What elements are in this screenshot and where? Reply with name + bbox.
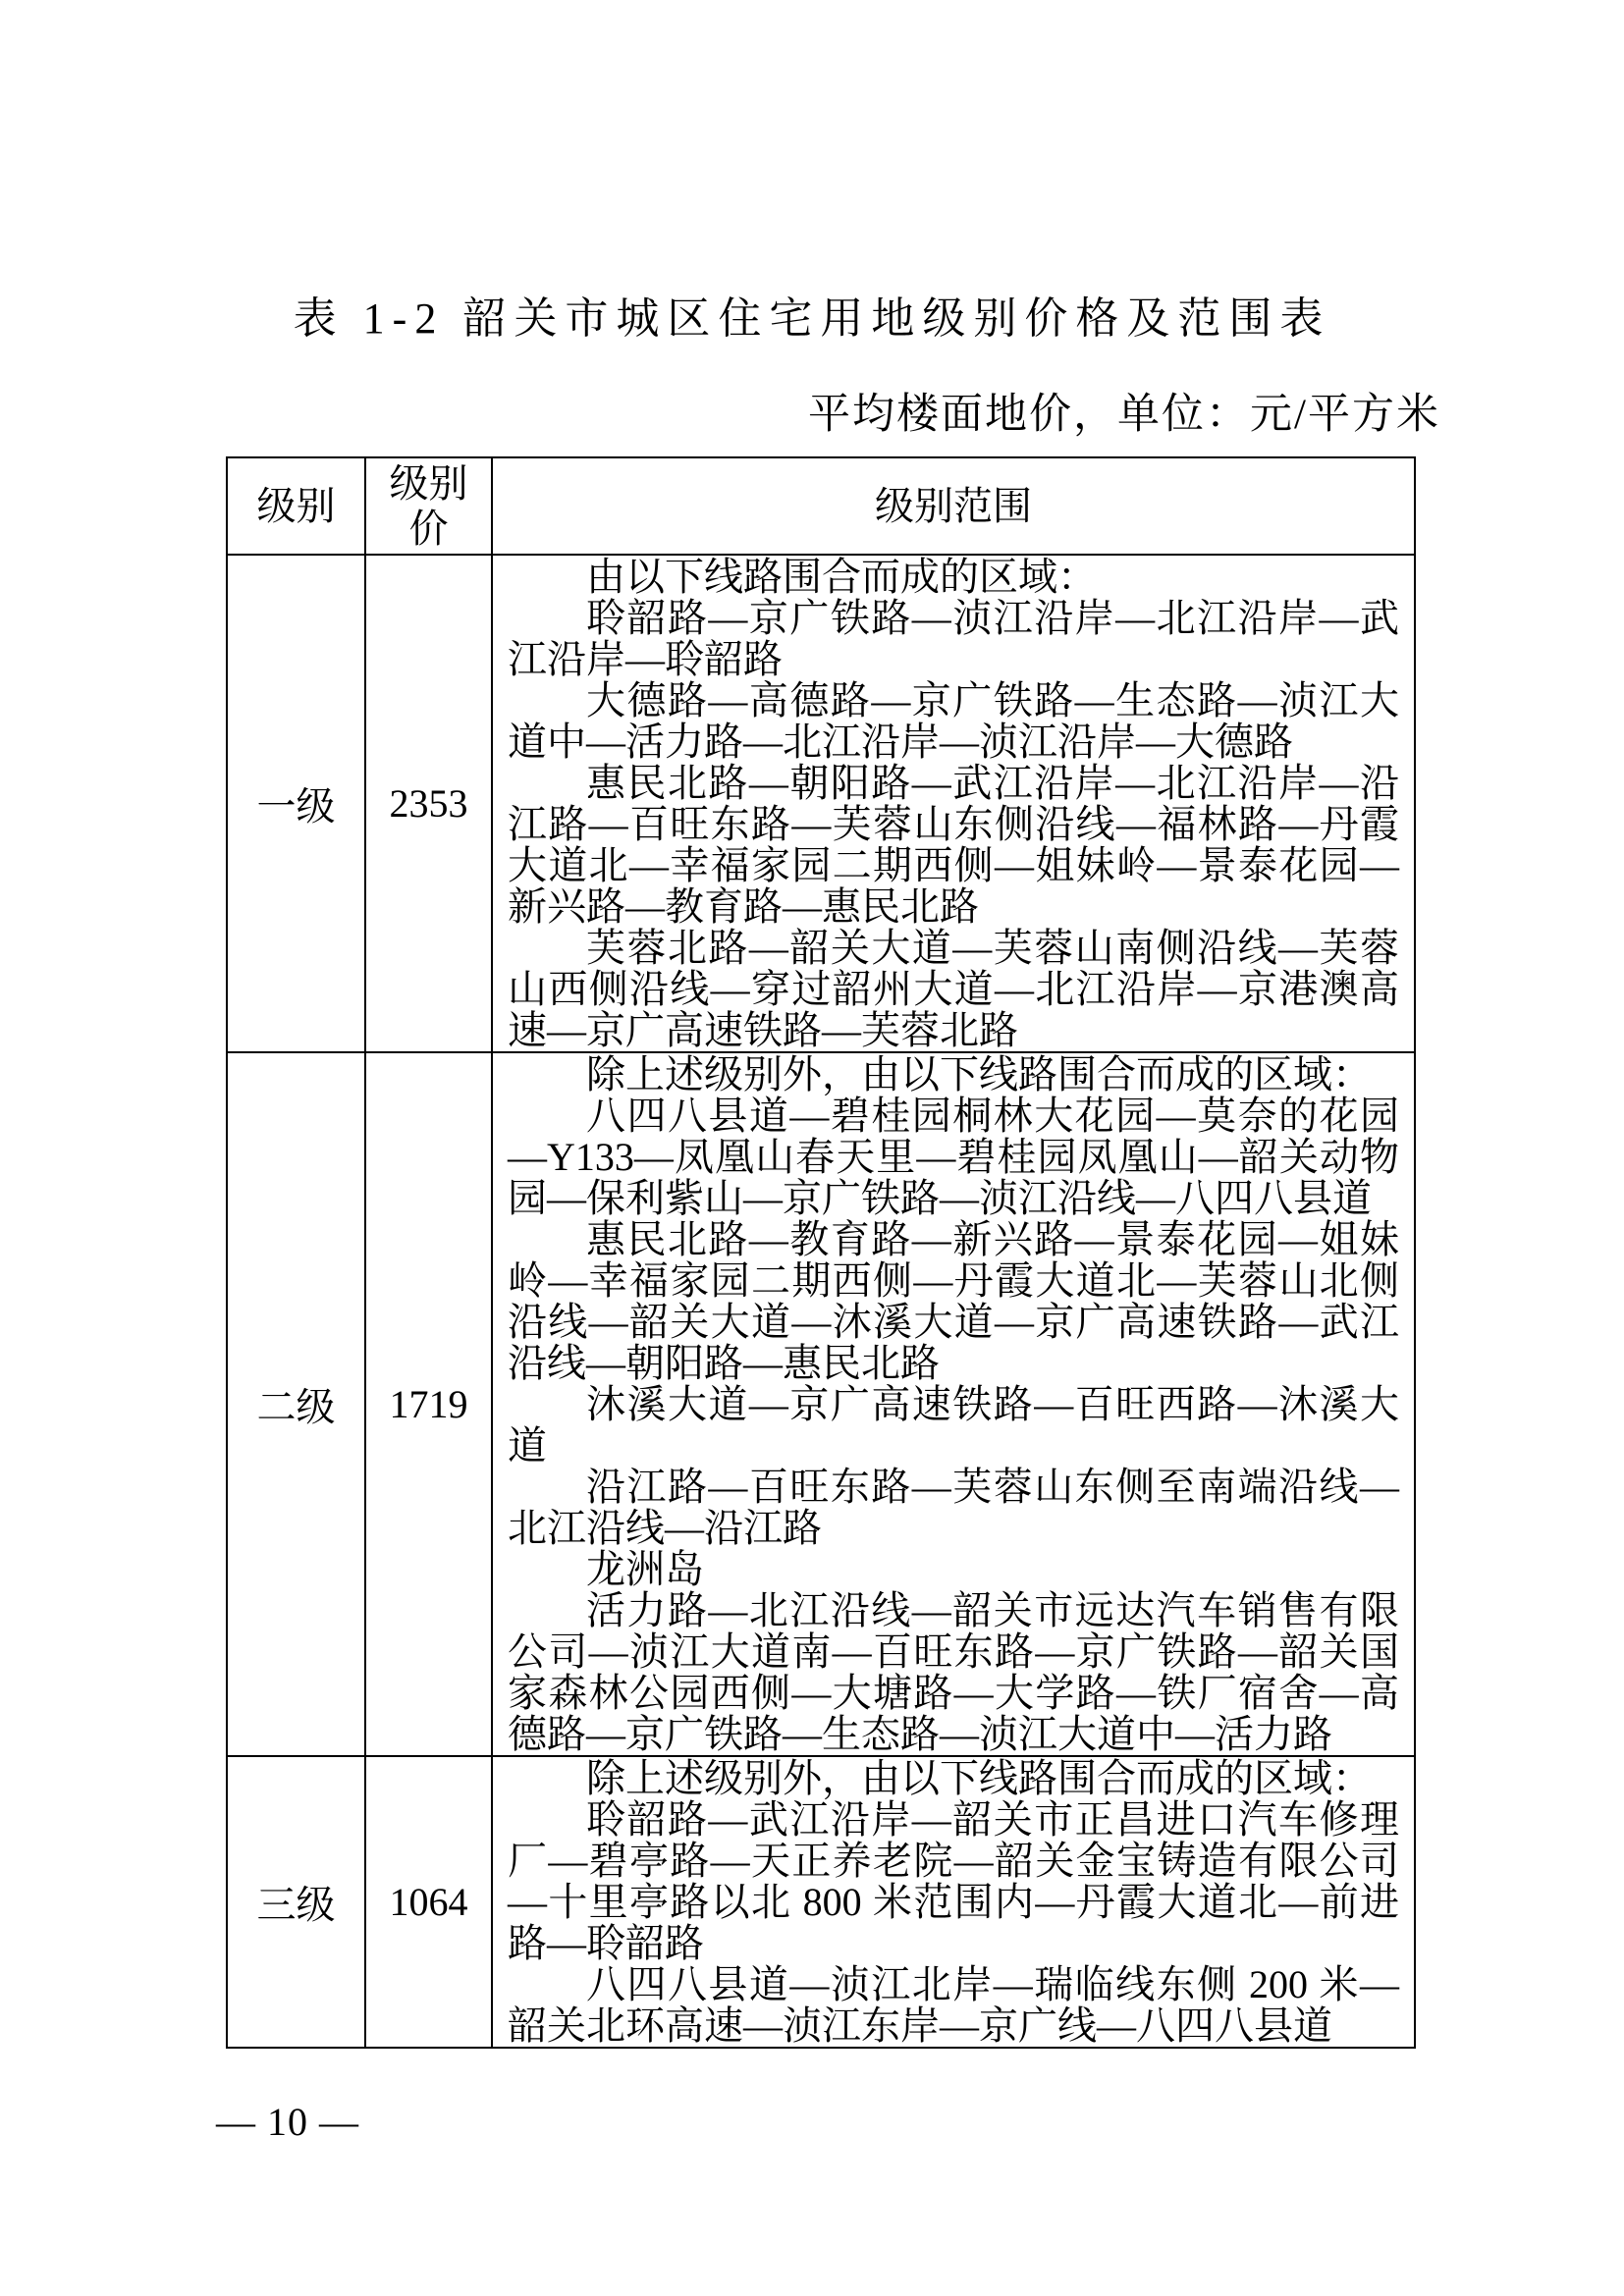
range-paragraph: 由以下线路围合而成的区域： <box>508 557 1399 598</box>
range-paragraph: 大德路—高德路—京广铁路—生态路—浈江大道中—活力路—北江沿岸—浈江沿岸—大德路 <box>508 680 1399 763</box>
range-paragraph: 芙蓉北路—韶关大道—芙蓉山南侧沿线—芙蓉山西侧沿线—穿过韶州大道—北江沿岸—京港… <box>508 928 1399 1051</box>
level-cell: 二级 <box>227 1052 365 1756</box>
unit-note: 平均楼面地价，单位：元/平方米 <box>808 381 1440 441</box>
range-paragraph: 活力路—北江沿线—韶关市远达汽车销售有限公司—浈江大道南—百旺东路—京广铁路—韶… <box>508 1590 1399 1755</box>
range-paragraph: 聆韶路—武江沿岸—韶关市正昌进口汽车修理厂—碧亭路—天正养老院—韶关金宝铸造有限… <box>508 1799 1399 1964</box>
range-paragraph: 八四八县道—浈江北岸—瑞临线东侧 200 米—韶关北环高速—浈江东岸—京广线—八… <box>508 1964 1399 2047</box>
range-paragraph: 龙洲岛 <box>508 1549 1399 1590</box>
header-level: 级别 <box>227 457 365 555</box>
table-body: 一级 2353 由以下线路围合而成的区域：聆韶路—京广铁路—浈江沿岸—北江沿岸—… <box>227 555 1415 2048</box>
table-header: 级别 级别价 级别范围 <box>227 457 1415 555</box>
range-paragraph: 惠民北路—朝阳路—武江沿岸—北江沿岸—沿江路—百旺东路—芙蓉山东侧沿线—福林路—… <box>508 763 1399 928</box>
level-cell: 三级 <box>227 1756 365 2048</box>
page-title: 表 1-2 韶关市城区住宅用地级别价格及范围表 <box>0 283 1624 346</box>
header-level-range: 级别范围 <box>492 457 1415 555</box>
level-cell: 一级 <box>227 555 365 1052</box>
range-cell: 除上述级别外，由以下线路围合而成的区域：聆韶路—武江沿岸—韶关市正昌进口汽车修理… <box>492 1756 1415 2048</box>
range-paragraph: 惠民北路—教育路—新兴路—景泰花园—姐妹岭—幸福家园二期西侧—丹霞大道北—芙蓉山… <box>508 1219 1399 1384</box>
range-paragraph: 除上述级别外，由以下线路围合而成的区域： <box>508 1758 1399 1799</box>
range-paragraph: 八四八县道—碧桂园桐林大花园—莫奈的花园—Y133—凤凰山春天里—碧桂园凤凰山—… <box>508 1095 1399 1219</box>
header-level-price: 级别价 <box>365 457 492 555</box>
range-paragraph: 除上述级别外，由以下线路围合而成的区域： <box>508 1054 1399 1095</box>
range-paragraph: 沐溪大道—京广高速铁路—百旺西路—沐溪大道 <box>508 1384 1399 1467</box>
page-number: — 10 — <box>216 2099 359 2145</box>
range-cell: 由以下线路围合而成的区域：聆韶路—京广铁路—浈江沿岸—北江沿岸—武江沿岸—聆韶路… <box>492 555 1415 1052</box>
table-row-grade-3: 三级 1064 除上述级别外，由以下线路围合而成的区域：聆韶路—武江沿岸—韶关市… <box>227 1756 1415 2048</box>
table-row-grade-2: 二级 1719 除上述级别外，由以下线路围合而成的区域：八四八县道—碧桂园桐林大… <box>227 1052 1415 1756</box>
price-cell: 2353 <box>365 555 492 1052</box>
header-row: 级别 级别价 级别范围 <box>227 457 1415 555</box>
table-row-grade-1: 一级 2353 由以下线路围合而成的区域：聆韶路—京广铁路—浈江沿岸—北江沿岸—… <box>227 555 1415 1052</box>
range-paragraph: 聆韶路—京广铁路—浈江沿岸—北江沿岸—武江沿岸—聆韶路 <box>508 598 1399 680</box>
range-paragraph: 沿江路—百旺东路—芙蓉山东侧至南端沿线—北江沿线—沿江路 <box>508 1467 1399 1549</box>
land-grade-table: 级别 级别价 级别范围 一级 2353 由以下线路围合而成的区域：聆韶路—京广铁… <box>226 456 1416 2049</box>
price-cell: 1064 <box>365 1756 492 2048</box>
price-cell: 1719 <box>365 1052 492 1756</box>
range-cell: 除上述级别外，由以下线路围合而成的区域：八四八县道—碧桂园桐林大花园—莫奈的花园… <box>492 1052 1415 1756</box>
document-page: 表 1-2 韶关市城区住宅用地级别价格及范围表 平均楼面地价，单位：元/平方米 … <box>0 0 1624 2296</box>
